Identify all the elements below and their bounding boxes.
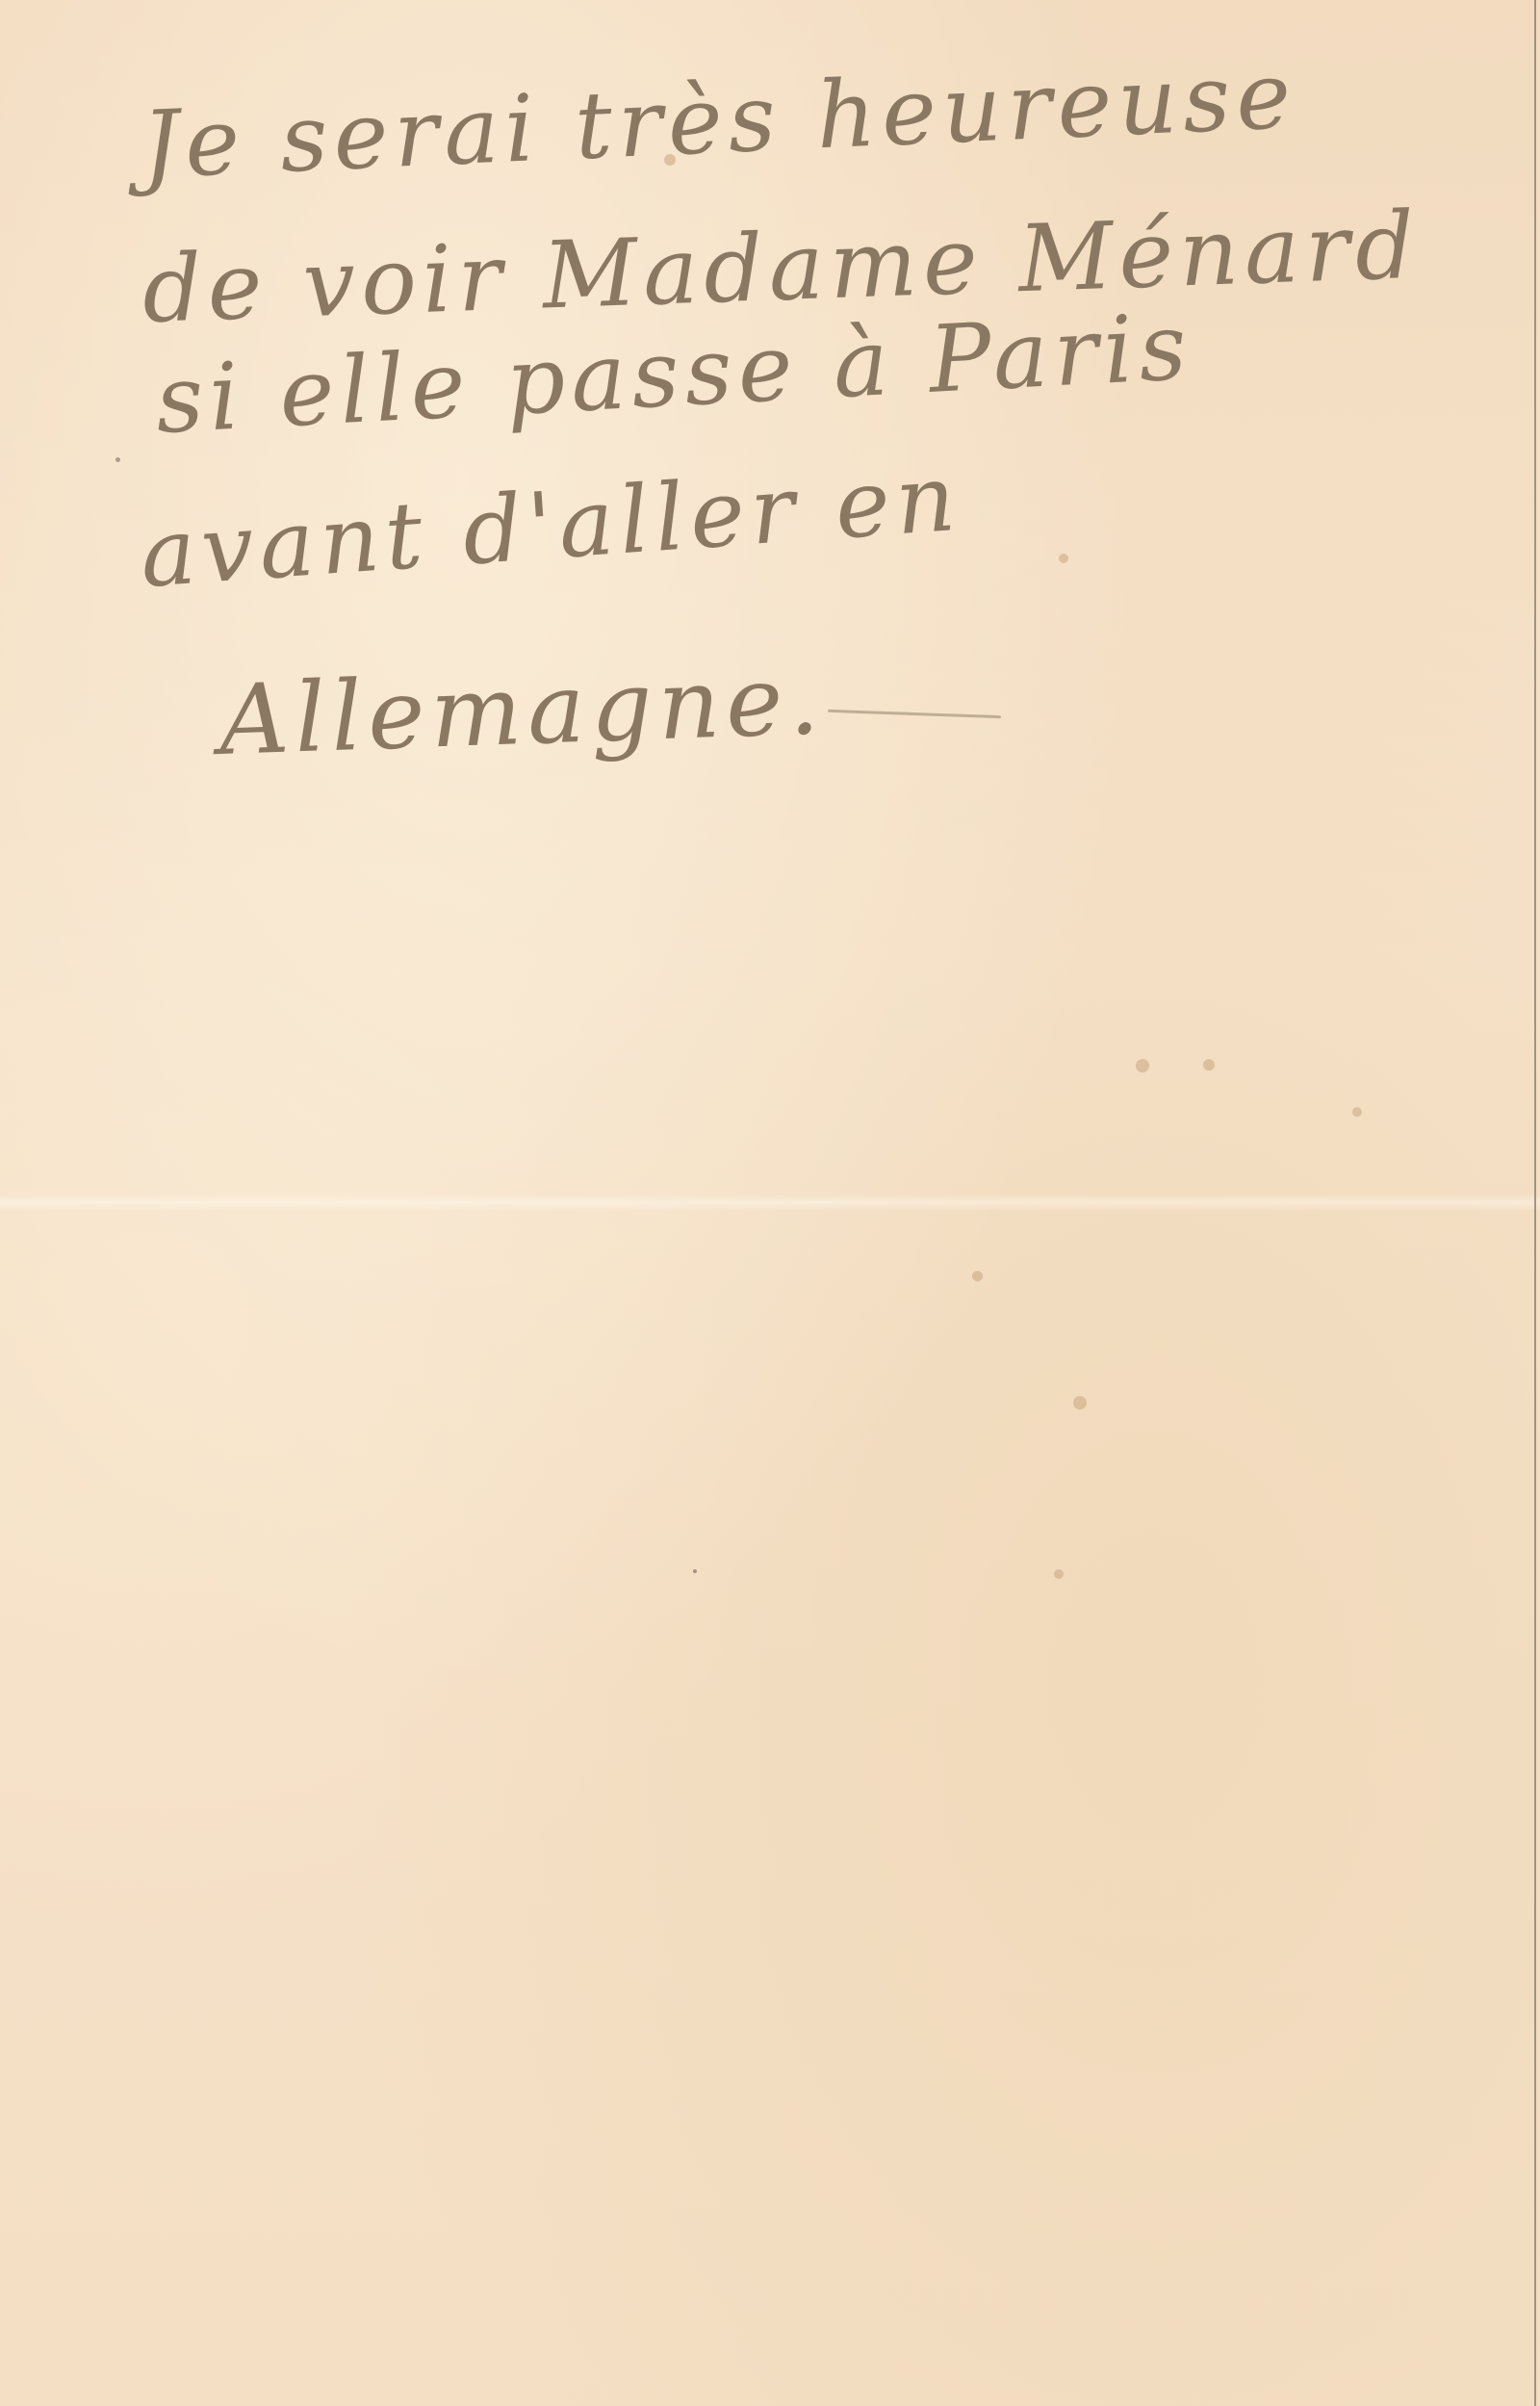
foxing-spot <box>115 457 120 462</box>
signature-flourish <box>828 710 1001 718</box>
page-edge <box>1534 0 1536 2406</box>
foxing-spot <box>1136 1059 1149 1073</box>
foxing-spot <box>972 1271 983 1281</box>
letter-page: Je serai très heureuse de voir Madame Mé… <box>0 0 1540 2406</box>
letter-line-5: Allemagne. <box>218 643 827 777</box>
foxing-spot <box>1203 1059 1215 1071</box>
letter-line-4: avant d'aller en <box>137 444 964 608</box>
paper-fold-crease <box>0 1194 1540 1211</box>
foxing-spot <box>1073 1396 1087 1410</box>
letter-line-1: Je serai très heureuse <box>140 41 1298 199</box>
foxing-spot <box>1059 554 1068 563</box>
foxing-spot <box>1352 1107 1362 1117</box>
foxing-spot <box>693 1569 697 1573</box>
foxing-spot <box>1054 1569 1064 1579</box>
